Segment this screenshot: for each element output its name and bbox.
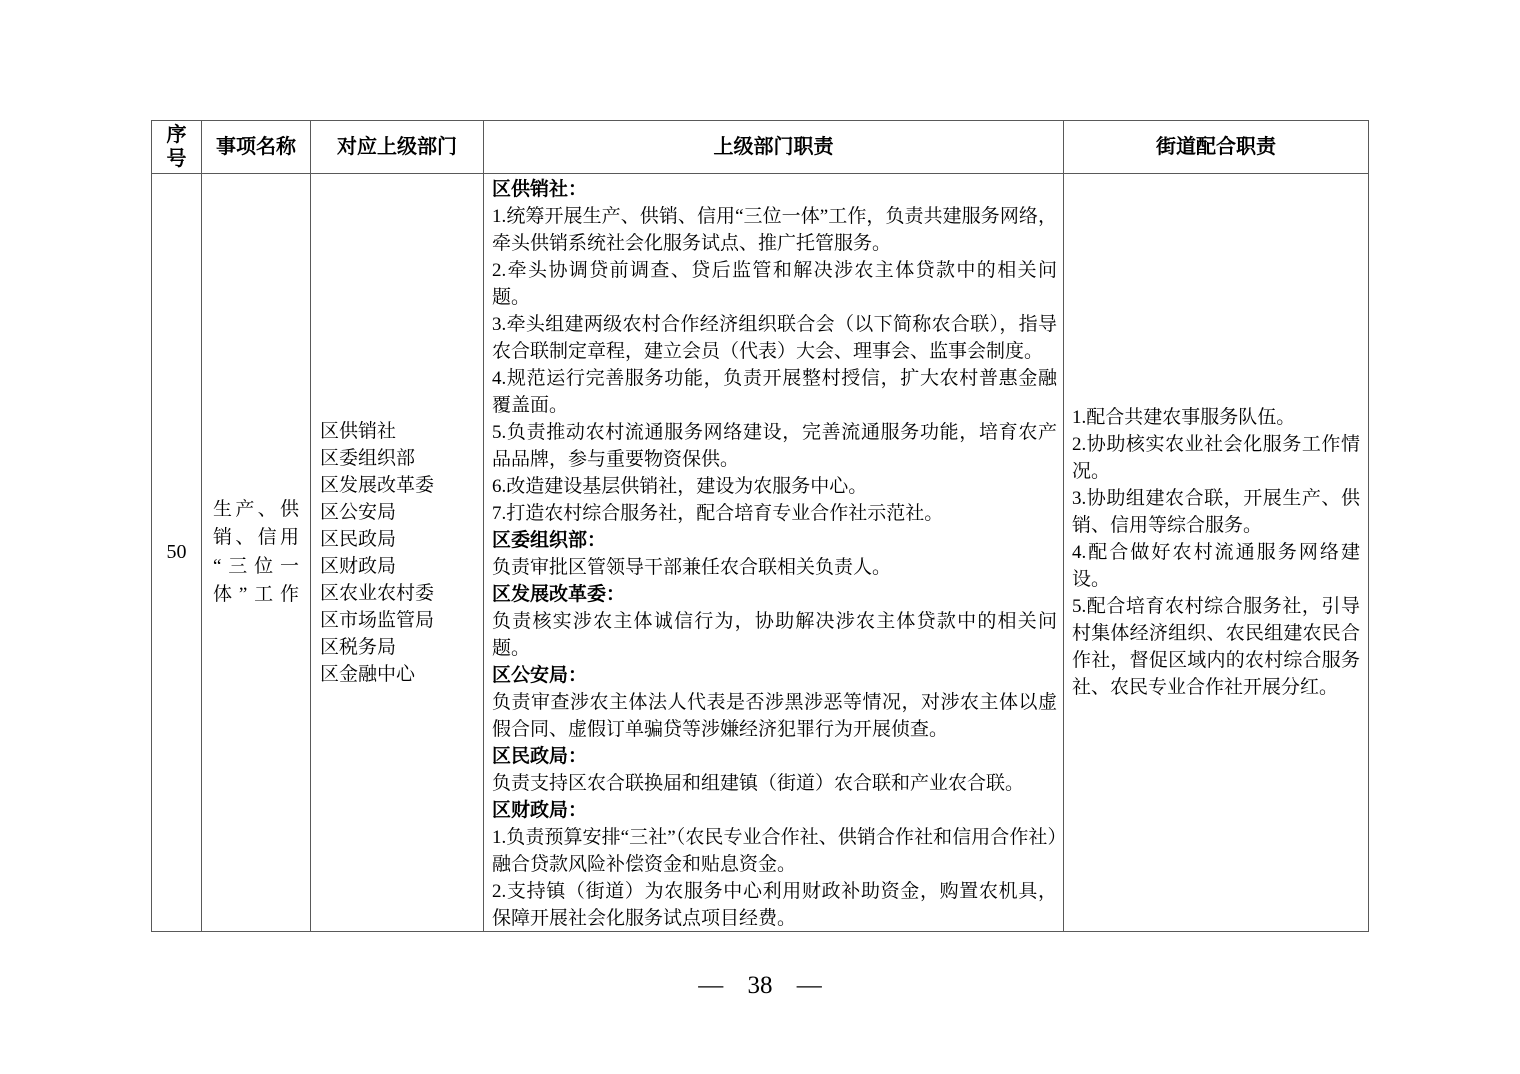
duty-paragraph: 3.牵头组建两级农村合作经济组织联合会（以下简称农合联），指导农合联制定章程，建… xyxy=(492,311,1057,365)
duty-paragraph: 负责审批区管领导干部兼任农合联相关负责人。 xyxy=(492,554,1057,581)
duty-paragraph: 2.支持镇（街道）为农服务中心利用财政补助资金，购置农机具，保障开展社会化服务试… xyxy=(492,878,1057,930)
department-line: 区民政局 xyxy=(320,526,477,553)
item-name-line: “三位一 xyxy=(213,553,299,582)
superior-duties-cell: 区供销社：1.统筹开展生产、供销、信用“三位一体”工作，负责共建服务网络，牵头供… xyxy=(484,174,1064,932)
duty-paragraph: 2.牵头协调贷前调查、贷后监管和解决涉农主体贷款中的相关问题。 xyxy=(492,257,1057,311)
department-line: 区发展改革委 xyxy=(320,472,477,499)
row-number-cell: 50 xyxy=(152,174,202,932)
duty-paragraph: 区供销社： xyxy=(492,176,1057,203)
duty-paragraph: 负责支持区农合联换届和组建镇（街道）农合联和产业农合联。 xyxy=(492,770,1057,797)
department-line: 区供销社 xyxy=(320,418,477,445)
duty-paragraph: 区财政局： xyxy=(492,797,1057,824)
table-header-row: 序号 事项名称 对应上级部门 上级部门职责 街道配合职责 xyxy=(152,121,1369,174)
department-line: 区委组织部 xyxy=(320,445,477,472)
duty-paragraph: 6.改造建设基层供销社，建设为农服务中心。 xyxy=(492,473,1057,500)
departments-cell: 区供销社区委组织部区发展改革委区公安局区民政局区财政局区农业农村委区市场监管局区… xyxy=(311,174,484,932)
department-line: 区金融中心 xyxy=(320,661,477,688)
duty-paragraph: 5.负责推动农村流通服务网络建设，完善流通服务功能，培育农产品品牌，参与重要物资… xyxy=(492,419,1057,473)
header-cell-street-duties: 街道配合职责 xyxy=(1064,121,1369,174)
item-name-line: 销、信用 xyxy=(213,524,299,553)
duty-paragraph: 7.打造农村综合服务社，配合培育专业合作社示范社。 xyxy=(492,500,1057,527)
duty-paragraph: 1.配合共建农事服务队伍。 xyxy=(1072,404,1360,431)
duty-paragraph: 2.协助核实农业社会化服务工作情况。 xyxy=(1072,431,1360,485)
department-line: 区财政局 xyxy=(320,553,477,580)
duty-paragraph: 4.配合做好农村流通服务网络建设。 xyxy=(1072,539,1360,593)
duty-paragraph: 负责核实涉农主体诚信行为，协助解决涉农主体贷款中的相关问题。 xyxy=(492,608,1057,662)
street-duties-cell: 1.配合共建农事服务队伍。2.协助核实农业社会化服务工作情况。3.协助组建农合联… xyxy=(1064,174,1369,932)
duty-paragraph: 区公安局： xyxy=(492,662,1057,689)
header-cell-number: 序号 xyxy=(152,121,202,174)
superior-duties-text: 区供销社：1.统筹开展生产、供销、信用“三位一体”工作，负责共建服务网络，牵头供… xyxy=(484,174,1063,930)
table-row: 50 生产、供销、信用“三位一体”工作 区供销社区委组织部区发展改革委区公安局区… xyxy=(152,174,1369,932)
page-number: — 38 — xyxy=(0,972,1520,1000)
duty-paragraph: 区委组织部： xyxy=(492,527,1057,554)
header-cell-superior-duties: 上级部门职责 xyxy=(484,121,1064,174)
duties-table: 序号 事项名称 对应上级部门 上级部门职责 街道配合职责 50 生产、供销、信用… xyxy=(151,120,1369,932)
item-name-line: 生产、供 xyxy=(213,496,299,525)
duty-paragraph: 负责审查涉农主体法人代表是否涉黑涉恶等情况，对涉农主体以虚假合同、虚假订单骗贷等… xyxy=(492,689,1057,743)
duty-paragraph: 3.协助组建农合联，开展生产、供销、信用等综合服务。 xyxy=(1072,485,1360,539)
header-cell-departments: 对应上级部门 xyxy=(311,121,484,174)
item-name-cell: 生产、供销、信用“三位一体”工作 xyxy=(202,174,311,932)
header-cell-item-name: 事项名称 xyxy=(202,121,311,174)
duty-paragraph: 4.规范运行完善服务功能，负责开展整村授信，扩大农村普惠金融覆盖面。 xyxy=(492,365,1057,419)
document-page: 序号 事项名称 对应上级部门 上级部门职责 街道配合职责 50 生产、供销、信用… xyxy=(0,0,1520,1074)
department-line: 区公安局 xyxy=(320,499,477,526)
department-line: 区农业农村委 xyxy=(320,580,477,607)
duty-paragraph: 1.负责预算安排“三社”（农民专业合作社、供销合作社和信用合作社）融合贷款风险补… xyxy=(492,824,1057,878)
duty-paragraph: 1.统筹开展生产、供销、信用“三位一体”工作，负责共建服务网络，牵头供销系统社会… xyxy=(492,203,1057,257)
duty-paragraph: 区民政局： xyxy=(492,743,1057,770)
department-line: 区市场监管局 xyxy=(320,607,477,634)
duty-paragraph: 5.配合培育农村综合服务社，引导村集体经济组织、农民组建农民合作社，督促区域内的… xyxy=(1072,593,1360,701)
duty-paragraph: 区发展改革委： xyxy=(492,581,1057,608)
item-name-line: 体”工作 xyxy=(213,581,299,610)
department-line: 区税务局 xyxy=(320,634,477,661)
